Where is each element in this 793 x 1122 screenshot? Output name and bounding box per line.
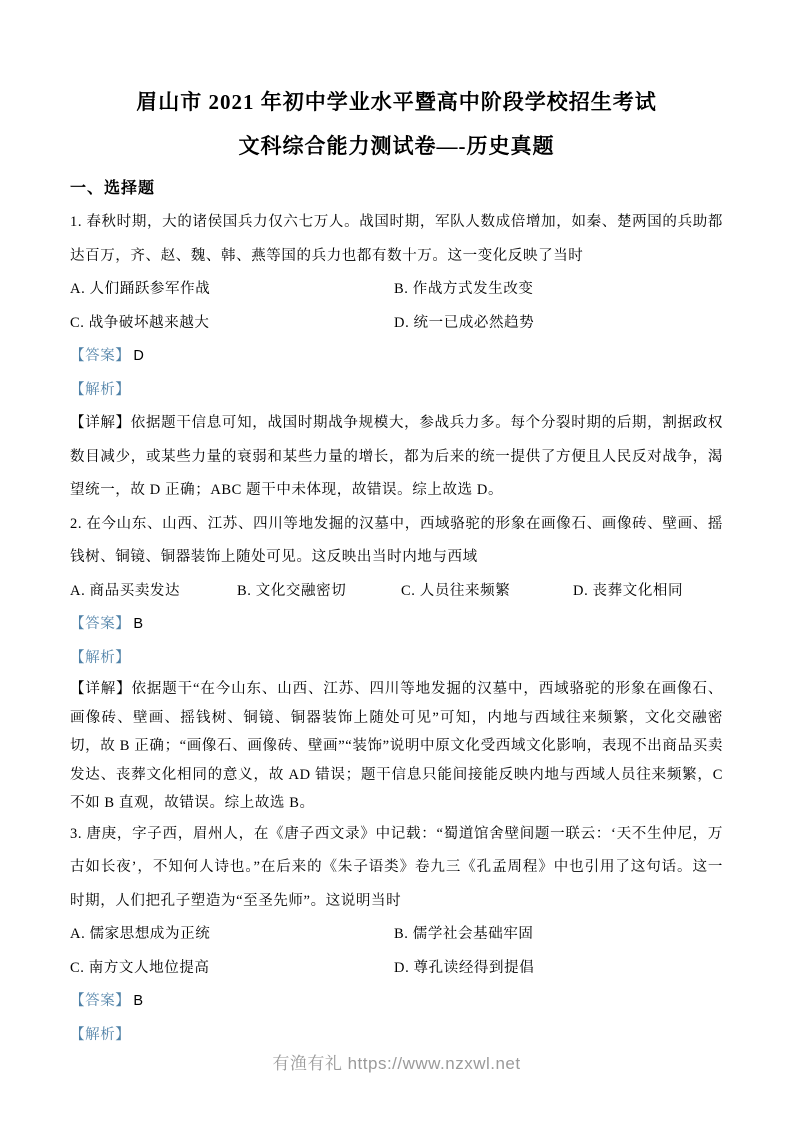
- question-1-options: A. 人们踊跃参军作战 B. 作战方式发生改变 C. 战争破坏越来越大 D. 统…: [70, 273, 723, 340]
- question-3-option-c: C. 南方文人地位提高: [70, 952, 394, 986]
- watermark-footer: 有渔有礼 https://www.nzxwl.net: [0, 1049, 793, 1074]
- question-3-stem: 3. 唐庚，字子西，眉州人，在《唐子西文录》中记载：“蜀道馆舍壁间题一联云：‘天…: [70, 818, 723, 919]
- section-heading-choice-questions: 一、选择题: [70, 181, 723, 197]
- document-subtitle: 文科综合能力测试卷—-历史真题: [70, 136, 723, 157]
- question-2-option-a: A. 商品买卖发达: [70, 575, 237, 609]
- question-3-analysis-line: 【解析】: [70, 1019, 723, 1053]
- question-block-2: 2. 在今山东、山西、江苏、四川等地发掘的汉墓中，西域骆驼的形象在画像石、画像砖…: [70, 508, 723, 818]
- question-2-answer-line: 【答案】B: [70, 608, 723, 642]
- answer-label: 【答案】: [70, 348, 130, 364]
- document-title: 眉山市 2021 年初中学业水平暨高中阶段学校招生考试: [70, 92, 723, 113]
- question-2-detail: 【详解】依据题干“在今山东、山西、江苏、四川等地发掘的汉墓中，西域骆驼的形象在画…: [70, 675, 723, 818]
- analysis-label: 【解析】: [70, 1027, 130, 1043]
- question-block-3: 3. 唐庚，字子西，眉州人，在《唐子西文录》中记载：“蜀道馆舍壁间题一联云：‘天…: [70, 818, 723, 1053]
- question-2-option-b: B. 文化交融密切: [237, 575, 401, 609]
- question-1-detail: 【详解】依据题干信息可知，战国时期战争规模大，参战兵力多。每个分裂时期的后期，割…: [70, 407, 723, 508]
- question-3-answer-value: B: [133, 993, 143, 1009]
- question-1-stem: 1. 春秋时期，大的诸侯国兵力仅六七万人。战国时期，军队人数成倍增加，如秦、楚两…: [70, 206, 723, 273]
- answer-label: 【答案】: [70, 616, 130, 632]
- question-1-analysis-line: 【解析】: [70, 374, 723, 408]
- answer-label: 【答案】: [70, 993, 130, 1009]
- question-1-option-c: C. 战争破坏越来越大: [70, 307, 394, 341]
- question-2-stem: 2. 在今山东、山西、江苏、四川等地发掘的汉墓中，西域骆驼的形象在画像石、画像砖…: [70, 508, 723, 575]
- question-1-answer-value: D: [133, 348, 144, 364]
- analysis-label: 【解析】: [70, 650, 130, 666]
- analysis-label: 【解析】: [70, 382, 130, 398]
- question-1-answer-line: 【答案】D: [70, 340, 723, 374]
- question-1-option-d: D. 统一已成必然趋势: [394, 307, 723, 341]
- question-3-option-a: A. 儒家思想成为正统: [70, 918, 394, 952]
- question-1-option-b: B. 作战方式发生改变: [394, 273, 723, 307]
- question-2-option-d: D. 丧葬文化相同: [573, 575, 723, 609]
- question-3-option-d: D. 尊孔读经得到提倡: [394, 952, 723, 986]
- exam-document-page: 眉山市 2021 年初中学业水平暨高中阶段学校招生考试 文科综合能力测试卷—-历…: [0, 0, 793, 1052]
- question-3-options: A. 儒家思想成为正统 B. 儒学社会基础牢固 C. 南方文人地位提高 D. 尊…: [70, 918, 723, 985]
- question-1-option-a: A. 人们踊跃参军作战: [70, 273, 394, 307]
- question-3-option-b: B. 儒学社会基础牢固: [394, 918, 723, 952]
- question-2-options: A. 商品买卖发达 B. 文化交融密切 C. 人员往来频繁 D. 丧葬文化相同: [70, 575, 723, 609]
- question-3-answer-line: 【答案】B: [70, 985, 723, 1019]
- question-block-1: 1. 春秋时期，大的诸侯国兵力仅六七万人。战国时期，军队人数成倍增加，如秦、楚两…: [70, 206, 723, 508]
- question-2-option-c: C. 人员往来频繁: [401, 575, 573, 609]
- question-2-answer-value: B: [133, 616, 143, 632]
- question-2-analysis-line: 【解析】: [70, 642, 723, 676]
